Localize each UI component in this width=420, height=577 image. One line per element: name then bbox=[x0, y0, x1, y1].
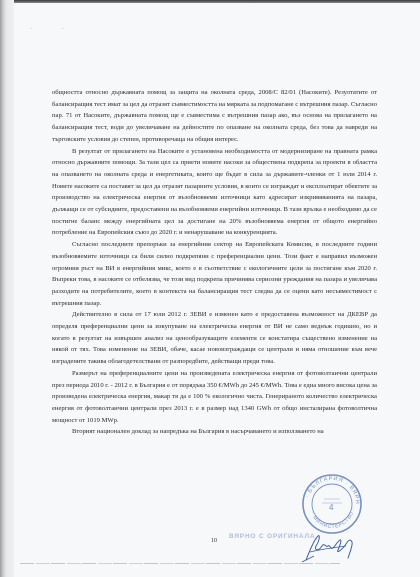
paragraph-5: Размерът на преференциалните цени на про… bbox=[52, 368, 377, 427]
scan-artifacts: · · bbox=[30, 26, 78, 33]
paragraph-6: Вторият национален доклад за напредъка н… bbox=[52, 426, 377, 438]
round-stamp-icon: · БЪЛГАРИЯ · ВЯРНО · · МИНИСТЕРСТВО · 4 bbox=[300, 472, 364, 536]
page-number: 10 bbox=[211, 538, 217, 544]
paragraph-3: Съгласно последните препоръки за енергий… bbox=[52, 239, 377, 309]
paragraph-2: В резултат от прилагането на Насоките е … bbox=[52, 146, 377, 240]
paragraph-1: общността относно държавната помощ за за… bbox=[52, 87, 377, 146]
document-body: общността относно държавната помощ за за… bbox=[52, 87, 377, 438]
signature-icon bbox=[300, 530, 360, 564]
svg-text:· БЪЛГАРИЯ · ВЯРНО ·: · БЪЛГАРИЯ · ВЯРНО · bbox=[300, 472, 360, 505]
svg-text:4: 4 bbox=[329, 503, 334, 512]
scan-left-edge bbox=[0, 0, 14, 577]
scanned-document: · · общността относно държавната помощ з… bbox=[0, 0, 420, 577]
scan-bottom-line bbox=[20, 563, 340, 564]
paragraph-4: Действително в сила от 17 юли 2012 г. ЗЕ… bbox=[52, 309, 377, 368]
